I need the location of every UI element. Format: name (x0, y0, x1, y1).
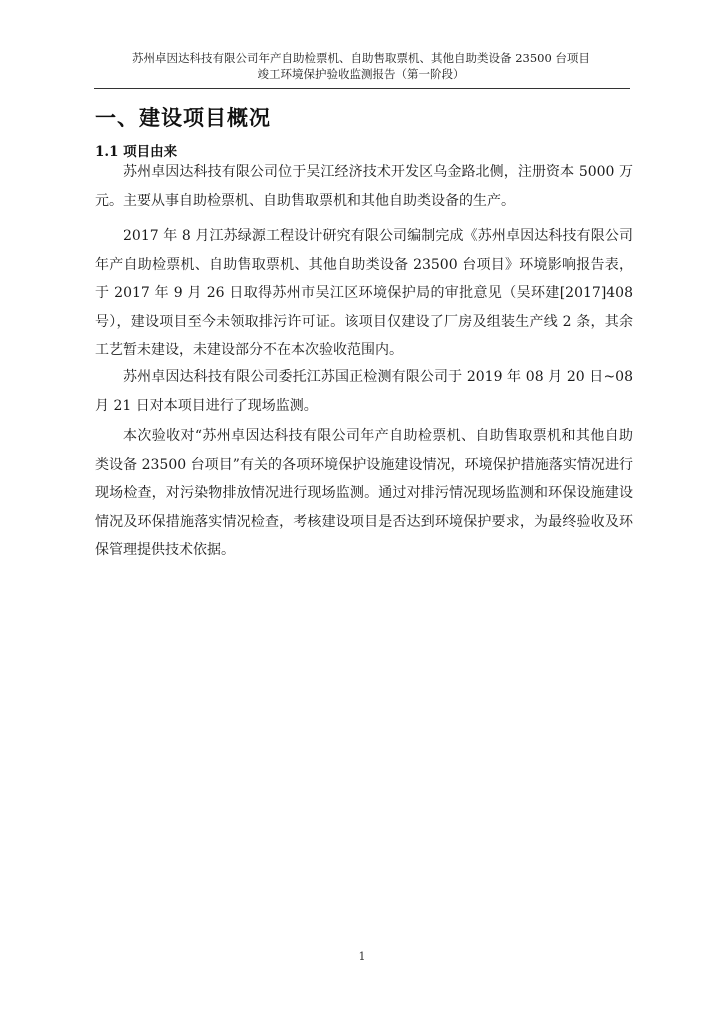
page-number: 1 (0, 950, 724, 963)
paragraph-1-block: 苏州卓因达科技有限公司位于吴江经济技术开发区乌金路北侧，注册资本 5000 万元… (95, 158, 633, 215)
header-title-line-2: 竣工环境保护验收监测报告（第一阶段） (92, 66, 630, 82)
paragraph: 苏州卓因达科技有限公司位于吴江经济技术开发区乌金路北侧，注册资本 5000 万元… (95, 158, 633, 215)
paragraph: 苏州卓因达科技有限公司委托江苏国正检测有限公司于 2019 年 08 月 20 … (95, 363, 633, 420)
section-heading: 一、建设项目概况 (95, 102, 271, 132)
header-title-line-1: 苏州卓因达科技有限公司年产自助检票机、自助售取票机、其他自助类设备 23500 … (92, 50, 630, 66)
running-header: 苏州卓因达科技有限公司年产自助检票机、自助售取票机、其他自助类设备 23500 … (92, 50, 630, 82)
paragraph: 本次验收对“苏州卓因达科技有限公司年产自助检票机、自助售取票机和其他自助类设备 … (95, 422, 633, 565)
paragraph-3-block: 苏州卓因达科技有限公司委托江苏国正检测有限公司于 2019 年 08 月 20 … (95, 363, 633, 420)
paragraph: 2017 年 8 月江苏绿源工程设计研究有限公司编制完成《苏州卓因达科技有限公司… (95, 222, 633, 365)
header-divider (94, 88, 630, 89)
paragraph-2-block: 2017 年 8 月江苏绿源工程设计研究有限公司编制完成《苏州卓因达科技有限公司… (95, 222, 633, 365)
paragraph-4-block: 本次验收对“苏州卓因达科技有限公司年产自助检票机、自助售取票机和其他自助类设备 … (95, 422, 633, 565)
subsection-heading: 1.1 项目由来 (95, 140, 177, 160)
